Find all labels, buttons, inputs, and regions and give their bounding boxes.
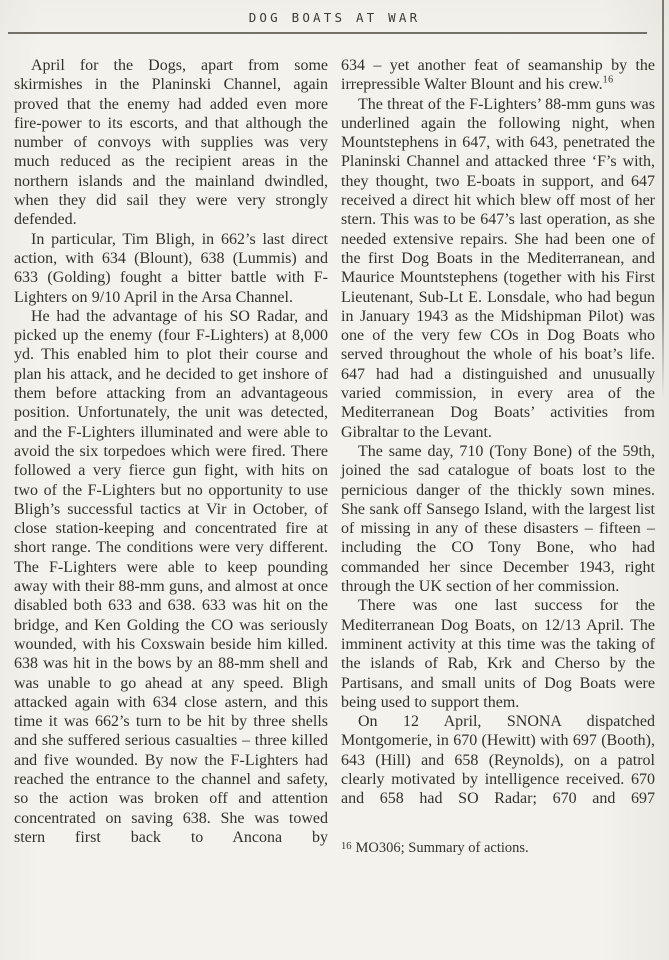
footnote-text: MO306; Summary of actions. — [356, 840, 529, 856]
paragraph: The threat of the F-Lighters’ 88-mm guns… — [341, 95, 655, 442]
text-columns: April for the Dogs, apart from some skir… — [14, 56, 655, 857]
column-left: April for the Dogs, apart from some skir… — [14, 56, 328, 857]
paragraph: There was one last success for the Medit… — [341, 596, 655, 712]
page-title: DOG BOATS AT WAR — [249, 10, 421, 25]
running-header: DOG BOATS AT WAR — [0, 9, 669, 27]
paragraph: The same day, 710 (Tony Bone) of the 59t… — [341, 442, 655, 596]
footnote-marker: 16 — [341, 841, 352, 852]
paragraph: In particular, Tim Bligh, in 662’s last … — [14, 230, 328, 307]
header-rule — [8, 32, 647, 34]
paragraph: On 12 April, SNONA dispatched Montgomeri… — [341, 712, 655, 808]
column-right: 634 – yet another feat of seamanship by … — [341, 56, 655, 857]
page-edge-shadow — [662, 0, 664, 398]
paragraph: He had the advantage of his SO Radar, an… — [14, 307, 328, 847]
footnote: 16MO306; Summary of actions. — [341, 838, 655, 857]
footnote-ref: 16 — [603, 75, 614, 86]
paragraph: 634 – yet another feat of seamanship by … — [341, 56, 655, 95]
paragraph: April for the Dogs, apart from some skir… — [14, 56, 328, 230]
